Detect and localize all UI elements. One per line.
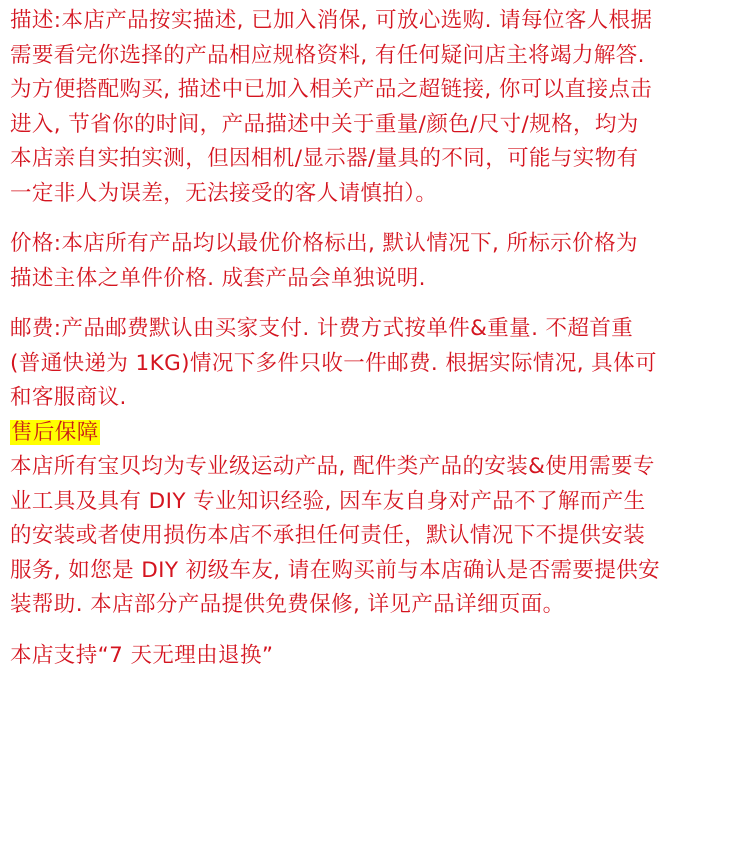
description-line: 为方便搭配购买, 描述中已加入相关产品之超链接, 你可以直接点击	[10, 73, 746, 108]
store-policy-document: 描述:本店产品按实描述, 已加入消保, 可放心选购. 请每位客人根据 需要看完你…	[10, 4, 746, 673]
price-section: 价格:本店所有产品均以最优价格标出, 默认情况下, 所标示价格为 描述主体之单件…	[10, 227, 746, 296]
shipping-line: 和客服商议.	[10, 381, 746, 416]
after-sales-line: 业工具及具有 DIY 专业知识经验, 因车友自身对产品不了解而产生	[10, 485, 746, 520]
description-section: 描述:本店产品按实描述, 已加入消保, 可放心选购. 请每位客人根据 需要看完你…	[10, 4, 746, 211]
returns-section: 本店支持“7 天无理由退换”	[10, 639, 746, 674]
after-sales-section: 售后保障 本店所有宝贝均为专业级运动产品, 配件类产品的安装&使用需要专 业工具…	[10, 416, 746, 623]
after-sales-line: 装帮助. 本店部分产品提供免费保修, 详见产品详细页面。	[10, 588, 746, 623]
section-spacer	[10, 296, 746, 312]
shipping-line: 邮费:产品邮费默认由买家支付. 计费方式按单件&重量. 不超首重	[10, 312, 746, 347]
price-line: 价格:本店所有产品均以最优价格标出, 默认情况下, 所标示价格为	[10, 227, 746, 262]
price-line: 描述主体之单件价格. 成套产品会单独说明.	[10, 262, 746, 297]
after-sales-line: 的安装或者使用损伤本店不承担任何责任，默认情况下不提供安装	[10, 519, 746, 554]
shipping-section: 邮费:产品邮费默认由买家支付. 计费方式按单件&重量. 不超首重 (普通快递为 …	[10, 312, 746, 416]
description-line: 进入, 节省你的时间，产品描述中关于重量/颜色/尺寸/规格，均为	[10, 108, 746, 143]
after-sales-heading-row: 售后保障	[10, 416, 746, 451]
after-sales-line: 服务, 如您是 DIY 初级车友, 请在购买前与本店确认是否需要提供安	[10, 554, 746, 589]
description-line: 描述:本店产品按实描述, 已加入消保, 可放心选购. 请每位客人根据	[10, 4, 746, 39]
description-line: 一定非人为误差，无法接受的客人请慎拍）。	[10, 177, 746, 212]
shipping-line: (普通快递为 1KG)情况下多件只收一件邮费. 根据实际情况, 具体可	[10, 347, 746, 382]
after-sales-heading: 售后保障	[10, 420, 100, 445]
returns-policy-text: 本店支持“7 天无理由退换”	[10, 639, 746, 674]
section-spacer	[10, 211, 746, 227]
section-spacer	[10, 623, 746, 639]
description-line: 本店亲自实拍实测，但因相机/显示器/量具的不同，可能与实物有	[10, 142, 746, 177]
description-line: 需要看完你选择的产品相应规格资料, 有任何疑问店主将竭力解答.	[10, 39, 746, 74]
after-sales-line: 本店所有宝贝均为专业级运动产品, 配件类产品的安装&使用需要专	[10, 450, 746, 485]
